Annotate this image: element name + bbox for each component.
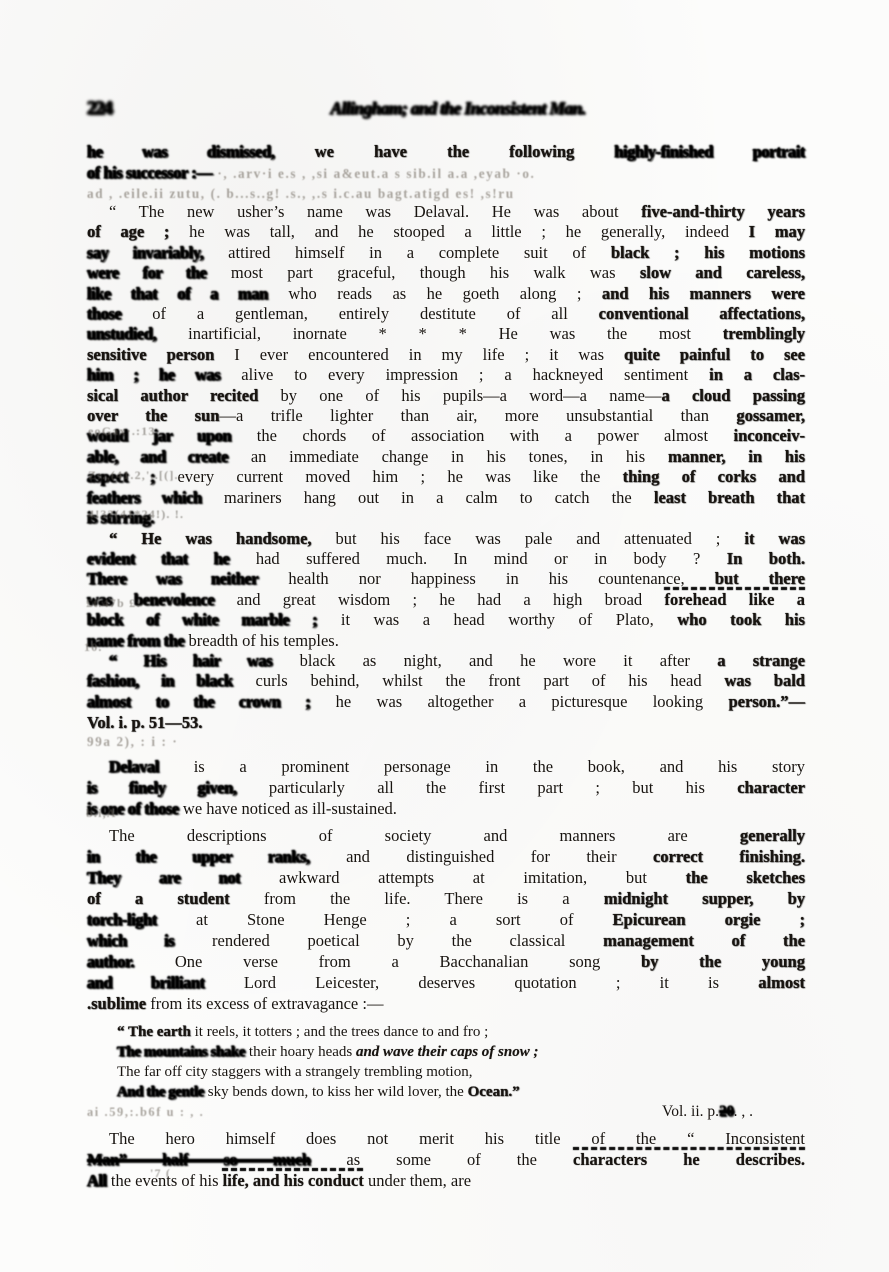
text-segment: rendered poetical by the classical [174,931,603,950]
margin-showthrough-mark: '7 ( [150,1166,171,1181]
intro-paragraph: he was dismissed, we have the following … [87,141,805,184]
text-line: There was neither health nor happiness i… [87,569,805,589]
text-segment: life, and his conduct [223,1171,364,1190]
text-segment: of age ; [87,222,169,241]
text-segment: most part graceful, though his walk was [207,263,640,282]
text-segment: it reels, it totters ; and the trees dan… [191,1024,488,1040]
extract-paragraph-1: “ The new usher’s name was Delaval. He w… [87,202,805,529]
text-segment: Man” half so much [87,1150,310,1169]
text-segment: under them, are [364,1171,471,1190]
text-segment: and great wisdom ; he had a high broad [214,590,664,609]
text-segment: health nor happiness in his countenance, [258,569,714,588]
text-segment: inconceiv- [734,426,806,445]
body-paragraph-3: The hero himself does not merit his titl… [87,1128,805,1191]
text-segment: by the young [641,952,805,971]
text-segment: management of the [603,931,805,950]
text-segment: “ His hair was [109,651,272,670]
text-segment: those [87,304,121,323]
text-segment: evident that he [87,549,229,568]
text-segment: mariners hang out in a calm to catch the [202,488,654,507]
text-segment: he was altogether a picturesque looking [310,692,728,711]
text-line: Man” half so much as some of the charact… [87,1149,805,1170]
text-segment: and wave their caps of snow ; [356,1044,539,1060]
text-line: was benevolence and great wisdom ; he ha… [87,590,805,610]
text-segment: from its excess of extravagance :— [146,994,383,1013]
text-line: evident that he had suffered much. In mi… [87,549,805,569]
margin-showthrough-mark: eoGax·.:13 [88,424,156,439]
text-segment: by one of his pupils—a word—a name— [258,386,661,405]
text-line: of a student from the life. There is a m… [87,888,805,909]
text-segment: it was a head worthy of Plato, [317,610,677,629]
margin-showthrough-mark: 10. [84,640,103,655]
text-segment: attired himself in a complete suit of [204,243,611,262]
text-segment: in the upper ranks, [87,847,310,866]
text-segment: block of white marble ; [87,610,317,629]
text-segment: .sublime [87,994,146,1013]
text-segment: “ The earth [117,1024,191,1040]
scanned-page: 224 Allingham; and the Inconsistent Man.… [0,0,889,1272]
margin-showthrough-mark: £t.47b £: [86,596,141,611]
text-line: .sublime from its excess of extravagance… [87,993,805,1014]
text-segment: we have the following [275,142,615,161]
text-line: and brilliant Lord Leicester, deserves q… [87,972,805,993]
text-segment: Vol. i. p. 51—53. [87,713,202,732]
text-segment: Vol. ii. p. [662,1102,719,1122]
text-segment: he was tall, and he stooped a little ; h… [169,222,748,241]
text-segment: And the gentle [117,1084,204,1100]
text-line: The mountains shake their hoary heads an… [117,1042,805,1062]
showthrough-text: 99a 2), : i : · [87,734,178,749]
text-line: over the sun—a trifle lighter than air, … [87,406,805,426]
text-segment: torch-light [87,910,157,929]
text-segment: All [87,1171,107,1190]
body-paragraph-2: The descriptions of society and manners … [87,825,805,1014]
text-line: The hero himself does not merit his titl… [87,1128,805,1149]
text-segment: The far off city staggers with a strange… [117,1064,472,1080]
text-segment: almost to the crown ; [87,692,310,711]
text-segment: They are not [87,868,240,887]
text-segment: awkward attempts at imitation, but [240,868,685,887]
text-segment: . , . [734,1102,753,1122]
text-segment: who took his [677,610,805,629]
text-line: Delaval is a prominent personage in the … [87,756,805,777]
text-segment: least breath that [654,488,805,507]
page-header: 224 Allingham; and the Inconsistent Man. [87,97,805,120]
margin-showthrough-mark: b.i,A [86,806,117,821]
text-segment: The hero himself does not merit his titl… [109,1129,805,1148]
text-segment: of a gentleman, entirely destitute of al… [121,304,598,323]
text-segment: over the sun [87,406,219,425]
margin-showthrough-mark: Z:.,(41.2,'..[(]. [88,468,179,483]
text-line: say invariably, attired himself in a com… [87,243,805,263]
text-segment: The descriptions of society and manners … [109,826,740,845]
text-segment: five-and-thirty years [641,202,805,221]
text-line: sical author recited by one of his pupil… [87,386,805,406]
text-line: “ His hair was black as night, and he wo… [87,651,805,671]
text-segment: from the life. There is a [230,889,604,908]
text-segment: feathers which [87,488,202,507]
poem-extract: “ The earth it reels, it totters ; and t… [117,1022,805,1102]
text-segment: but there [715,569,805,588]
text-line: is finely given, particularly all the fi… [87,777,805,798]
text-line: were for the most part graceful, though … [87,263,805,283]
text-segment: he was dismissed, [87,142,275,161]
text-segment: and distinguished for their [310,847,653,866]
text-segment: The mountains shake [117,1044,245,1060]
margin-showthrough-mark: 4!3?(41*24!). !. [88,507,184,522]
text-segment: as some of the [310,1150,573,1169]
text-block: he was dismissed, we have the following … [87,141,805,1191]
text-segment: almost [758,973,805,992]
text-segment: sical author recited [87,386,258,405]
text-line: is stirring. [87,508,805,528]
showthrough-text: ai .59,:.b6f u : , . [87,1102,204,1122]
body-paragraph-1: Delaval is a prominent personage in the … [87,756,805,819]
text-segment: tremblingly [723,324,805,343]
text-line: of his successor :— ·, .arv·i e.s , ,si … [87,162,805,184]
text-segment: “ He was handsome, [109,529,312,548]
text-segment: an immediate change in his tones, in his [228,447,668,466]
text-segment: Ocean.” [468,1084,520,1100]
text-segment: characters he describes. [573,1150,805,1169]
text-line: would jar upon the chords of association… [87,426,805,446]
text-segment: conventional affectations, [599,304,805,323]
text-segment: like that of a man [87,284,268,303]
text-line: They are not awkward attempts at imitati… [87,867,805,888]
text-line: 99a 2), : i : · [87,733,805,750]
extract-paragraph-2: “ He was handsome, but his face was pale… [87,529,805,651]
text-line: is one of those we have noticed as ill-s… [87,798,805,819]
text-segment: in a clas- [709,365,805,384]
text-segment: fashion, in black [87,671,233,690]
text-segment: their hoary heads [245,1044,356,1060]
text-segment: I ever encountered in my life ; it was [214,345,624,364]
text-segment: a strange [717,651,805,670]
text-line: feathers which mariners hang out in a ca… [87,488,805,508]
text-segment: One verse from a Bacchanalian song [134,952,641,971]
text-line: author. One verse from a Bacchanalian so… [87,951,805,972]
text-line: of age ; he was tall, and he stooped a l… [87,222,805,242]
text-line: those of a gentleman, entirely destitute… [87,304,805,324]
text-line: like that of a man who reads as he goeth… [87,284,805,304]
text-segment: every current moved him ; he was like th… [155,467,622,486]
text-segment: alive to every impression ; a hackneyed … [220,365,709,384]
text-segment: had suffered much. In mind or in body ? [229,549,726,568]
text-segment: Delaval [109,757,159,776]
text-line: block of white marble ; it was a head wo… [87,610,805,630]
extract-paragraph-3: “ His hair was black as night, and he wo… [87,651,805,712]
text-segment: black as night, and he wore it after [272,651,717,670]
text-line: torch-light at Stone Henge ; a sort of E… [87,909,805,930]
text-line: ai .59,:.b6f u : , .Vol. ii. p. 20. , . [87,1102,753,1122]
text-segment: slow and careless, [640,263,805,282]
text-segment: particularly all the first part ; but hi… [237,778,738,797]
text-line: And the gentle sky bends down, to kiss h… [117,1082,805,1102]
showthrough-text: ad , .eile.ii zutu, (. b...s..g! .s., ,.… [87,186,515,201]
text-segment: generally [740,826,805,845]
text-line: which is rendered poetical by the classi… [87,930,805,951]
text-segment: able, and create [87,447,228,466]
text-segment: In both. [727,549,805,568]
text-line: “ The earth it reels, it totters ; and t… [117,1022,805,1042]
text-line: sensitive person I ever encountered in m… [87,345,805,365]
text-segment: and his manners were [602,284,805,303]
text-segment: sensitive person [87,345,214,364]
text-segment: were for the [87,263,207,282]
text-line: “ The new usher’s name was Delaval. He w… [87,202,805,222]
text-segment: is finely given, [87,778,237,797]
text-segment: a cloud passing [661,386,805,405]
text-segment: and brilliant [87,973,205,992]
text-line: almost to the crown ; he was altogether … [87,692,805,712]
text-segment: inartificial, inornate * * * He was the … [156,324,722,343]
text-line: in the upper ranks, and distinguished fo… [87,846,805,867]
text-segment: black ; his motions [611,243,805,262]
text-line: unstudied, inartificial, inornate * * * … [87,324,805,344]
text-segment: unstudied, [87,324,156,343]
text-segment: Epicurean orgie ; [613,910,805,929]
text-segment: 20 [719,1102,734,1122]
text-line: All the events of his life, and his cond… [87,1170,805,1191]
text-segment: it was [744,529,805,548]
text-segment: who reads as he goeth along ; [268,284,602,303]
text-segment: I may [749,222,805,241]
showthrough-row: ad , .eile.ii zutu, (. b...s..g! .s., ,.… [87,184,805,202]
text-segment: “ The new usher’s name was Delaval. He w… [109,202,641,221]
text-segment: midnight supper, by [604,889,805,908]
text-segment: sky bends down, to kiss her wild lover, … [204,1084,468,1100]
text-line: aspect ; every current moved him ; he wa… [87,467,805,487]
text-segment: thing of corks and [623,467,805,486]
text-segment: correct finishing. [653,847,805,866]
text-segment: was bald [724,671,805,690]
citation-volume-1: Vol. i. p. 51—53. [87,712,805,733]
text-segment: highly-finished portrait [614,142,805,161]
text-line: The far off city staggers with a strange… [117,1062,805,1082]
text-segment: manner, in his [668,447,805,466]
text-line: The descriptions of society and manners … [87,825,805,846]
text-line: name from the breadth of his temples. [87,631,805,651]
text-segment: breadth of his temples. [184,631,338,650]
text-segment: —a trifle lighter than air, more unsubst… [219,406,736,425]
text-segment: curls behind, whilst the front part of h… [233,671,725,690]
text-segment: of his successor :— [87,163,212,182]
text-line: he was dismissed, we have the following … [87,141,805,162]
text-segment: the sketches [686,868,805,887]
text-segment: author. [87,952,134,971]
text-line: fashion, in black curls behind, whilst t… [87,671,805,691]
text-segment: gossamer, [736,406,805,425]
text-line: Vol. i. p. 51—53. [87,712,805,733]
text-line: ad , .eile.ii zutu, (. b...s..g! .s., ,.… [87,184,805,202]
citation-volume-2: ai .59,:.b6f u : , .Vol. ii. p. 20. , . [87,1102,805,1122]
text-line: able, and create an immediate change in … [87,447,805,467]
text-segment: person.”— [728,692,805,711]
running-title: Allingham; and the Inconsistent Man. [111,98,805,119]
text-segment: we have noticed as ill-sustained. [179,799,397,818]
text-line: him ; he was alive to every impression ;… [87,365,805,385]
text-segment: of a student [87,889,230,908]
page-number: 224 [87,97,111,120]
text-segment: at Stone Henge ; a sort of [157,910,613,929]
text-segment: quite painful to see [624,345,805,364]
text-segment: him ; he was [87,365,220,384]
text-segment: which is [87,931,174,950]
showthrough-row-2: 99a 2), : i : · [87,733,805,750]
text-segment: character [737,778,805,797]
text-segment: forehead like a [664,590,805,609]
text-segment: There was neither [87,569,258,588]
showthrough-text: ·, .arv·i e.s , ,si a&eut.a s sib.il a.a… [212,166,535,181]
text-segment: is a prominent personage in the book, an… [159,757,805,776]
text-segment: Lord Leicester, deserves quotation ; it … [205,973,759,992]
text-segment: say invariably, [87,243,204,262]
text-segment: but his face was pale and attenuated ; [312,529,745,548]
text-segment: the chords of association with a power a… [231,426,733,445]
text-line: “ He was handsome, but his face was pale… [87,529,805,549]
